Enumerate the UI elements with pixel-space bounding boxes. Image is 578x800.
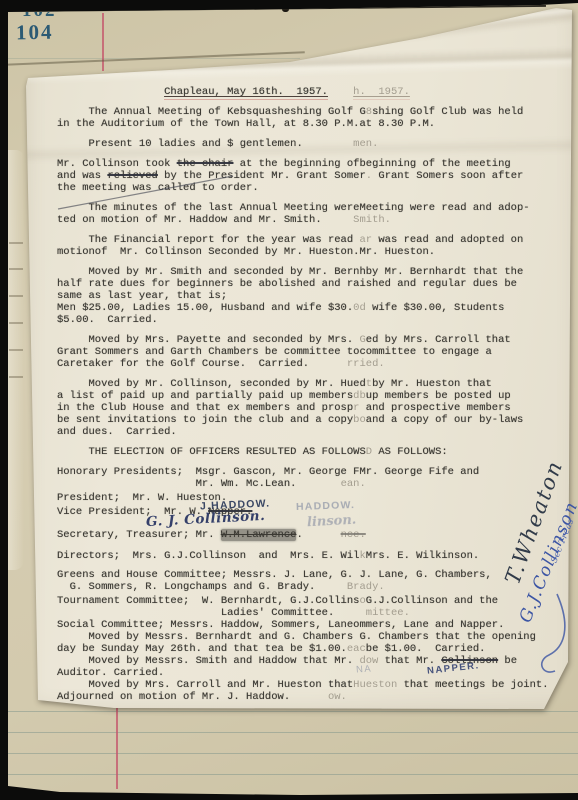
typed-sheet-wrapper: Chapleau, May 16th. 1957. h. 1957. The A… — [0, 0, 578, 800]
typed-text: day be Sunday May 26th. and that tea be … — [57, 643, 347, 655]
typed-line: motionof Mr. Collinson Seconded by Mr. H… — [57, 246, 572, 258]
typed-line: the meeting was called to order. — [57, 182, 572, 194]
typed-paragraph: Moved by Messrs. Smith and Haddow that M… — [57, 655, 572, 679]
typed-text: was read and adopted on — [372, 234, 523, 246]
typed-paragraph: The Financial report for the year was re… — [57, 234, 572, 258]
typed-paragraph: Honorary Presidents; Msgr. Gascon, Mr. G… — [57, 466, 572, 490]
typed-text-ghost: k — [359, 550, 365, 562]
typed-text — [334, 607, 366, 619]
typed-text-ghost: mittee. — [366, 607, 410, 619]
typed-text: Present 10 ladies and $ gentlemen. — [57, 138, 303, 150]
handwritten-auditor-correction-ghost: NA — [356, 663, 373, 675]
typed-text-ghost: D — [366, 446, 372, 458]
typed-text: same as last year, that is; — [57, 290, 227, 302]
typed-paragraph: The Annual Meeting of Kebsquasheshing Go… — [57, 106, 572, 130]
typed-paragraph: Directors; Mrs. G.J.Collinson and Mrs. E… — [57, 550, 572, 562]
typed-text: Mrs. E. Wilkinson. — [366, 550, 479, 562]
typed-text — [322, 214, 354, 226]
typed-line: Secretary, Treasurer; Mr. W.M.Lawrence. … — [57, 529, 572, 541]
typed-text: Chapleau, May 16th. 1957. — [164, 86, 328, 100]
typed-text: Ladies' Committee. — [57, 607, 334, 619]
typed-text-ghost: ean. — [341, 478, 366, 490]
typed-line: Moved by Mrs. Payette and seconded by Mr… — [57, 334, 572, 346]
typed-text: Directors; Mrs. G.J.Collinson and Mrs. E… — [57, 550, 359, 562]
typed-paragraph: THE ELECTION OF OFFICERS RESULTED AS FOL… — [57, 446, 572, 458]
typed-text: at the beginning of — [233, 158, 359, 170]
typed-paragraph: Moved by Messrs. Bernhardt and G. Chambe… — [57, 631, 572, 655]
typed-line: Moved by Messrs. Bernhardt and G. Chambe… — [57, 631, 572, 643]
typed-line: The minutes of the last Annual Meeting w… — [57, 202, 572, 214]
typed-text — [303, 138, 353, 150]
typed-line: Social Committee; Messrs. Haddow, Sommer… — [57, 619, 572, 631]
handwritten-sec-correction-ghost: linson. — [307, 513, 357, 531]
typed-text: wife $30.00, Students — [366, 302, 505, 314]
typed-text-ghost: . — [366, 170, 379, 182]
typed-text-ghost: h. 1957. — [353, 86, 410, 100]
typed-text-ghost: bo — [353, 414, 366, 426]
typed-text: that meetings be joint. — [397, 679, 548, 691]
typed-text — [309, 358, 347, 370]
typed-paragraph: Secretary, Treasurer; Mr. W.M.Lawrence. … — [57, 529, 572, 541]
typed-text: ted on motion of Mr. Haddow and Mr. Smit… — [57, 214, 322, 226]
typed-line: The Annual Meeting of Kebsquasheshing Go… — [57, 106, 572, 118]
typed-paragraph: Mr. Collinson took the chair at the begi… — [57, 158, 572, 194]
typed-line: Chapleau, May 16th. 1957. h. 1957. — [57, 86, 572, 98]
typed-line: in the Auditorium of the Town Hall, at 8… — [57, 118, 572, 130]
typed-text — [315, 581, 347, 593]
typed-text: Tournament Committee; W. Bernhardt, G.J.… — [57, 595, 359, 607]
typed-text: AS FOLLOWS: — [372, 446, 448, 458]
typed-text-ghost: eac — [347, 643, 366, 655]
typed-line: Caretaker for the Golf Course. Carried. … — [57, 358, 572, 370]
scan-root: { "document": { "kind": "Scanned minute-… — [0, 0, 578, 800]
typed-text: and prospective members — [359, 402, 510, 414]
typed-text: be sent invitations to join the club and… — [57, 414, 353, 426]
typed-text-ghost: ar — [359, 234, 372, 246]
typed-text: Grant Somers soon after — [378, 170, 523, 182]
typed-line: be sent invitations to join the club and… — [57, 414, 572, 426]
typed-text-ghost: db — [353, 390, 366, 402]
typed-text: Meeting were read and adop- — [359, 202, 529, 214]
typed-line: Greens and House Committee; Messrs. J. L… — [57, 569, 572, 581]
typed-paragraph: Moved by Mr. Collinson, seconded by Mr. … — [57, 378, 572, 438]
typed-line: Adjourned on motion of Mr. J. Haddow. ow… — [57, 691, 572, 703]
typed-text: Social Committee; Messrs. Haddow, Sommer… — [57, 619, 504, 631]
typed-text: the meeting was called to order. — [57, 182, 259, 194]
typed-paragraph: Chapleau, May 16th. 1957. h. 1957. — [57, 86, 572, 98]
typed-text: G. Sommers, R. Longchamps and G. Brady. — [57, 581, 315, 593]
typed-text: The minutes of the last Annual Meeting w… — [57, 202, 359, 214]
typed-text: Adjourned on motion of Mr. J. Haddow. — [57, 691, 290, 703]
handwritten-vp-correction-ghost: HADDOW. — [296, 499, 356, 513]
typed-paragraph: Present 10 ladies and $ gentlemen. men. — [57, 138, 572, 150]
typed-text: Moved by Mrs. Carroll and Mr. Hueston th… — [57, 679, 353, 691]
typed-line: Directors; Mrs. G.J.Collinson and Mrs. E… — [57, 550, 572, 562]
typed-line: in the Club House and that ex members an… — [57, 402, 572, 414]
typed-text-ghost: rried. — [347, 358, 385, 370]
typed-text: Moved by Mr. Smith and seconded by Mr. B… — [57, 266, 523, 278]
typed-text: Greens and House Committee; Messrs. J. L… — [57, 569, 492, 581]
typed-text: Secretary, Treasurer; Mr. — [57, 529, 221, 541]
typed-paragraph: Moved by Mr. Smith and seconded by Mr. B… — [57, 266, 572, 326]
typed-text: shing Golf Club was held — [372, 106, 523, 118]
typed-line: THE ELECTION OF OFFICERS RESULTED AS FOL… — [57, 446, 572, 458]
typed-text: and was — [57, 170, 107, 182]
typed-text — [328, 86, 353, 98]
typed-line: half rate dues for beginners be abolishe… — [57, 278, 572, 290]
typed-text-ghost: t — [366, 378, 372, 390]
typed-line: Auditor. Carried. — [57, 667, 572, 679]
typed-line: $5.00. Carried. — [57, 314, 572, 326]
typed-text: be — [498, 655, 517, 667]
typed-text-ghost: ow. — [328, 691, 347, 703]
typed-line: and dues. Carried. — [57, 426, 572, 438]
typed-text: half rate dues for beginners be abolishe… — [57, 278, 517, 290]
typed-text: Moved by Mr. Collinson, seconded by Mr. … — [57, 378, 366, 390]
typed-text-ghost: r — [353, 402, 359, 414]
typed-line: a list of paid up and partially paid up … — [57, 390, 572, 402]
typed-paragraph: Social Committee; Messrs. Haddow, Sommer… — [57, 619, 572, 631]
typed-line: ted on motion of Mr. Haddow and Mr. Smit… — [57, 214, 572, 226]
typed-text: G.J.Collinson and the — [366, 595, 498, 607]
typed-paragraph: Moved by Mrs. Carroll and Mr. Hueston th… — [57, 679, 572, 703]
typed-line: Moved by Mr. Smith and seconded by Mr. B… — [57, 266, 572, 278]
typed-text — [57, 86, 164, 98]
typed-text — [296, 478, 340, 490]
typed-paragraph: Greens and House Committee; Messrs. J. L… — [57, 569, 572, 593]
typed-text: beginning of the meeting — [359, 158, 510, 170]
typed-text: and dues. Carried. — [57, 426, 177, 438]
typed-text: Moved by Messrs. Smith and Haddow that M… — [57, 655, 359, 667]
typed-paragraph: The minutes of the last Annual Meeting w… — [57, 202, 572, 226]
typed-text: up members be posted up — [366, 390, 511, 402]
typed-text: Auditor. Carried. — [57, 667, 164, 679]
typed-text: THE ELECTION OF OFFICERS RESULTED AS FOL… — [57, 446, 366, 458]
typed-text-ghost: G — [359, 334, 365, 346]
typed-text: Honorary Presidents; Msgr. Gascon, Mr. G… — [57, 466, 479, 478]
typed-line: Honorary Presidents; Msgr. Gascon, Mr. G… — [57, 466, 572, 478]
typed-text-strikethrough: relieved — [107, 170, 157, 182]
typed-text: Mr. Wm. Mc.Lean. — [57, 478, 296, 490]
typed-text-ghost: Hueston — [353, 679, 397, 691]
typed-text-ghost: Smith. — [353, 214, 391, 226]
typed-text: The Annual Meeting of Kebsquasheshing Go… — [57, 106, 366, 118]
scanned-ledger-page: 102 104 Chapleau, May 16th. 1957. h. 195… — [0, 0, 578, 800]
typed-text: a list of paid up and partially paid up … — [57, 390, 353, 402]
typed-text-ghost: 0d — [353, 302, 366, 314]
typed-text: in the Club House and that ex members an… — [57, 402, 353, 414]
typed-line: and was relieved by the President Mr. Gr… — [57, 170, 572, 182]
typed-text: Grant Sommers and Garth Chambers be comm… — [57, 346, 492, 358]
typed-text: $5.00. Carried. — [57, 314, 158, 326]
typed-text-ghost: 8 — [366, 106, 372, 118]
typed-text — [290, 691, 328, 703]
typed-text: motionof Mr. Collinson Seconded by Mr. H… — [57, 246, 435, 258]
typed-line: day be Sunday May 26th. and that tea be … — [57, 643, 572, 655]
typed-line: Moved by Mr. Collinson, seconded by Mr. … — [57, 378, 572, 390]
typed-text-ghost: Brady. — [347, 581, 385, 593]
typed-text: by the President Mr. Grant Somer — [158, 170, 366, 182]
typed-line: Grant Sommers and Garth Chambers be comm… — [57, 346, 572, 358]
typed-text-strikethrough: the chair — [177, 158, 234, 170]
typed-text: be $1.00. Carried. — [366, 643, 486, 655]
typed-line: Mr. Collinson took the chair at the begi… — [57, 158, 572, 170]
typed-line: Present 10 ladies and $ gentlemen. men. — [57, 138, 572, 150]
paper-wrinkle — [20, 46, 578, 84]
paper-wrinkle — [253, 0, 578, 59]
typed-text: Moved by Messrs. Bernhardt and G. Chambe… — [57, 631, 536, 643]
typed-line: Men $25.00, Ladies 15.00, Husband and wi… — [57, 302, 572, 314]
typed-text: Men $25.00, Ladies 15.00, Husband and wi… — [57, 302, 353, 314]
typed-text — [303, 529, 341, 541]
typed-text: Mr. Collinson took — [57, 158, 177, 170]
typed-line: Moved by Messrs. Smith and Haddow that M… — [57, 655, 572, 667]
typed-line: same as last year, that is; — [57, 290, 572, 302]
typed-text: Moved by Mrs. Payette and seconded by Mr… — [57, 334, 359, 346]
typed-text: ed by Mrs. Carroll that — [366, 334, 511, 346]
typed-line: Mr. Wm. Mc.Lean. ean. — [57, 478, 572, 490]
typed-text: by Mr. Hueston that — [372, 378, 492, 390]
typed-paragraph: Moved by Mrs. Payette and seconded by Mr… — [57, 334, 572, 370]
typed-text: Caretaker for the Golf Course. Carried. — [57, 358, 309, 370]
typed-text: in the Auditorium of the Town Hall, at 8… — [57, 118, 435, 130]
typed-text: The Financial report for the year was re… — [57, 234, 359, 246]
typed-text-strikethrough: nce. — [341, 529, 366, 541]
typed-text-ghost: men. — [353, 138, 378, 150]
typed-text: and a copy of our by-laws — [366, 414, 524, 426]
typed-line: The Financial report for the year was re… — [57, 234, 572, 246]
typed-text-ghost: o — [359, 595, 365, 607]
typed-text-strikethrough: W.M.Lawrence — [221, 529, 297, 541]
typed-line: Moved by Mrs. Carroll and Mr. Hueston th… — [57, 679, 572, 691]
